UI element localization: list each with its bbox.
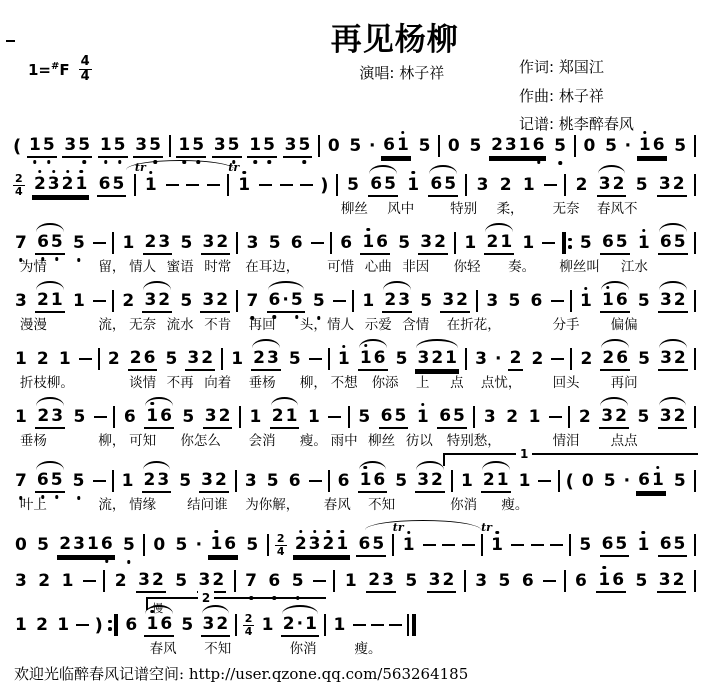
note-group: 1 xyxy=(13,349,29,370)
note-digit: 1 xyxy=(248,135,262,155)
note-group: 15 xyxy=(176,135,206,158)
note-group: 5 xyxy=(506,291,522,312)
note-group: 23 xyxy=(142,470,172,493)
note-digit: 1 xyxy=(499,232,513,252)
note-group: 3 xyxy=(243,471,259,492)
lyric-text: 流水 xyxy=(167,313,194,333)
note-group: 2316 xyxy=(57,534,114,557)
note-group: 2 xyxy=(36,571,52,592)
barline xyxy=(236,290,238,312)
note-digit: 5 xyxy=(148,135,162,155)
lyric-text: 非因 xyxy=(402,255,429,275)
slur-arc xyxy=(429,165,457,174)
barline xyxy=(568,406,570,428)
note-digit: 0 xyxy=(581,471,595,491)
note-digit: 6 xyxy=(652,135,666,155)
barline xyxy=(267,534,269,556)
lyrics-row: 漫漫流，无奈流水不肯再回头，情人示爱含情在折花，分手偏偏 xyxy=(13,313,696,331)
note-row: 24232165tr1tr1)565165321232532 xyxy=(13,172,696,198)
note-row: 321123253276·55123532356116532 xyxy=(13,288,696,314)
note-group: 6 xyxy=(529,291,545,312)
repeat-begin-barline xyxy=(562,232,572,254)
repeat-end-barline xyxy=(108,614,118,636)
note-group: 5 xyxy=(577,535,593,556)
note-group: 6 xyxy=(520,571,536,592)
note-digit: 5 xyxy=(181,407,195,427)
note-digit: 5 xyxy=(227,135,241,155)
note-digit: 3 xyxy=(600,406,614,426)
note-digit: 5 xyxy=(637,291,651,311)
note-digit: 5 xyxy=(113,135,127,155)
note-group: 32 xyxy=(440,290,470,313)
note-row: 12356165321211565165321232532 xyxy=(13,404,696,430)
note-digit: 5 xyxy=(72,471,86,491)
note-digit: 6 xyxy=(124,615,138,635)
lyric-text: 垂杨 xyxy=(20,429,47,449)
note-group: 65 xyxy=(428,174,458,197)
lyric-text: 柔， xyxy=(497,197,524,217)
note-digit: 1 xyxy=(335,534,349,554)
note-group: 32 xyxy=(199,470,229,493)
barline xyxy=(564,570,566,592)
note-digit: 1 xyxy=(579,291,593,311)
music-system-5: 121226532123511653213·22226532折枝柳。谈情不再向着… xyxy=(13,346,696,372)
sustain-dash xyxy=(93,242,106,245)
lyric-text: 风中 xyxy=(387,197,414,217)
note-digit: 5 xyxy=(615,232,629,252)
slur-arc xyxy=(601,339,629,348)
note-digit: 3 xyxy=(659,348,673,368)
note-group: 15 xyxy=(98,135,128,158)
barline xyxy=(98,348,100,370)
sustain-dash xyxy=(550,544,563,547)
lyric-text: 流， xyxy=(98,313,125,333)
note-digit: 3 xyxy=(47,174,61,194)
note-group: 61 xyxy=(636,470,666,493)
note-group: 26 xyxy=(128,348,158,371)
note-group: 5 xyxy=(311,291,327,312)
note-group: 65 xyxy=(437,406,467,429)
barline xyxy=(570,290,572,312)
lyric-text: 柳， xyxy=(300,371,327,391)
note-group: 1 xyxy=(517,471,533,492)
note-digit: 2 xyxy=(673,348,687,368)
sustain-dash xyxy=(543,580,556,583)
note-digit: 6 xyxy=(159,614,173,634)
slur-arc xyxy=(252,339,280,348)
note-group: 2 xyxy=(113,571,129,592)
note-digit: 1 xyxy=(145,406,159,426)
note-group: 21 xyxy=(270,406,300,429)
note-digit: 2 xyxy=(37,571,51,591)
note-group: tr1 xyxy=(143,175,159,196)
note-group: 321 xyxy=(415,348,459,371)
note-digit: 3 xyxy=(659,406,673,426)
note-digit: 1 xyxy=(344,571,358,591)
augmentation-dot: · xyxy=(495,349,501,369)
note-group: 5 xyxy=(634,175,650,196)
lyric-text: 回头 xyxy=(553,371,580,391)
music-system-6: 12356165321211565165321232532垂杨柳，可知你怎么会消… xyxy=(13,404,696,430)
note-digit: 2 xyxy=(114,571,128,591)
note-group: 6·5 xyxy=(267,290,305,313)
note-group: 32 xyxy=(197,570,227,593)
note-digit: 2 xyxy=(383,290,397,310)
note-digit: 5 xyxy=(357,407,371,427)
note-digit: 3 xyxy=(381,570,395,590)
lyric-text: 你消 xyxy=(450,493,477,513)
sustain-dash xyxy=(280,184,293,187)
lyric-text: 为你解， xyxy=(245,493,299,513)
time-signature-top: 2 xyxy=(13,174,25,186)
note-digit: 6 xyxy=(339,233,353,253)
note-group: 1 xyxy=(636,535,652,556)
note-digit: 3 xyxy=(474,349,488,369)
note-group: 5 xyxy=(578,233,594,254)
note-digit: 5 xyxy=(637,349,651,369)
note-digit: 5 xyxy=(165,349,179,369)
note-digit: 2 xyxy=(200,348,214,368)
note-digit: 1 xyxy=(444,348,458,368)
lyric-text: 柳丝 xyxy=(368,429,395,449)
note-group: 32 xyxy=(657,570,687,593)
note-group: 65 xyxy=(600,534,630,557)
note-digit: 2 xyxy=(322,534,336,554)
note-digit: 6 xyxy=(337,471,351,491)
lyrics-row: 折枝柳。谈情不再向着垂杨柳，不想你添上点点忧，回头再问 xyxy=(13,371,696,389)
note-digit: 3 xyxy=(485,291,499,311)
note-group: 32 xyxy=(415,470,445,493)
lyric-text: 瘦。 xyxy=(355,637,382,657)
sustain-dash xyxy=(94,416,107,419)
note-digit: 1 xyxy=(14,615,28,635)
barline xyxy=(454,232,456,254)
note-digit: 6 xyxy=(530,291,544,311)
note-digit: 6 xyxy=(123,407,137,427)
time-signature-bottom: 4 xyxy=(245,626,253,637)
barline xyxy=(564,174,566,196)
lyric-text: 瘦。 xyxy=(300,429,327,449)
note-group: 5 xyxy=(418,291,434,312)
sustain-dash xyxy=(371,624,384,627)
lyric-text: 情缘 xyxy=(129,493,156,513)
augmentation-dot: · xyxy=(281,290,289,310)
note-digit: 1 xyxy=(177,135,191,155)
slur-arc xyxy=(271,397,299,406)
note-digit: 6 xyxy=(268,290,282,310)
note-digit: 5 xyxy=(50,470,64,490)
note-digit: 5 xyxy=(266,471,280,491)
barline xyxy=(694,135,696,157)
barline xyxy=(235,614,237,636)
note-digit: 2 xyxy=(215,614,229,634)
note-group: 5 xyxy=(394,349,410,370)
barline xyxy=(694,232,696,254)
key-signature: 1=#F 4 4 xyxy=(28,56,92,83)
slur-arc xyxy=(369,165,397,174)
note-digit: 6 xyxy=(373,348,387,368)
note-digit: 3 xyxy=(441,290,455,310)
note-digit: 5 xyxy=(348,136,362,156)
lyric-text: 奏。 xyxy=(508,255,535,275)
note-group: 3 xyxy=(245,233,261,254)
note-group: 5 xyxy=(396,233,412,254)
lyric-text: 情人 xyxy=(129,255,156,275)
lyric-text: 向着 xyxy=(204,371,231,391)
note-group: 32 xyxy=(599,406,629,429)
note-digit: 1 xyxy=(638,135,652,155)
note-digit: 1 xyxy=(121,471,135,491)
note-digit: 5 xyxy=(288,349,302,369)
note-digit: 2 xyxy=(499,175,513,195)
note-digit: 2 xyxy=(58,534,72,554)
note-group: 6 xyxy=(122,407,138,428)
note-digit: 1 xyxy=(361,291,375,311)
lyric-text: 柳丝 xyxy=(341,197,368,217)
note-digit: 2 xyxy=(157,290,171,310)
note-group: 6 xyxy=(289,233,305,254)
note-group: 32 xyxy=(418,232,448,255)
note-digit: 5 xyxy=(673,471,687,491)
note-digit: 3 xyxy=(157,232,171,252)
note-group: 21 xyxy=(35,290,65,313)
note-digit: 3 xyxy=(63,135,77,155)
note-digit: 6 xyxy=(267,571,281,591)
note-digit: 3 xyxy=(474,571,488,591)
note-digit: 6 xyxy=(637,470,651,490)
note-digit: 6 xyxy=(357,534,371,554)
note-digit: 2 xyxy=(218,406,232,426)
note-row: 121226532123511653213·22226532 xyxy=(13,346,696,372)
note-group: 2 xyxy=(508,348,524,371)
note-digit: 5 xyxy=(397,233,411,253)
lyric-text: 情人 xyxy=(327,313,354,333)
note-digit: 1 xyxy=(337,349,351,369)
note-digit: 5 xyxy=(579,233,593,253)
note-digit: 5 xyxy=(298,135,312,155)
note-digit: 6 xyxy=(290,233,304,253)
time-signature-inline: 24 xyxy=(243,614,255,637)
sustain-dash xyxy=(79,358,92,361)
note-digit: 5 xyxy=(77,135,91,155)
lyric-text: 留， xyxy=(98,255,125,275)
note-group: 32 xyxy=(136,570,166,593)
lyric-text: 头， xyxy=(300,313,327,333)
note-group: 32 xyxy=(657,174,687,197)
note-digit: 6 xyxy=(615,348,629,368)
note-digit: 2 xyxy=(33,174,47,194)
note-group: 61 xyxy=(381,135,411,158)
note-digit: 1 xyxy=(522,175,536,195)
barline xyxy=(328,470,330,492)
note-digit: 2 xyxy=(530,349,544,369)
note-digit: 0 xyxy=(582,136,596,156)
lyric-text: 分手 xyxy=(553,313,580,333)
note-group: 1 xyxy=(13,407,29,428)
note-digit: 5 xyxy=(73,407,87,427)
note-digit: 6 xyxy=(159,406,173,426)
note-digit: 3 xyxy=(658,174,672,194)
note-group: 2321 xyxy=(32,174,89,197)
sustain-dash xyxy=(313,580,326,583)
music-system-4: 321123253276·55123532356116532漫漫流，无奈流水不肯… xyxy=(13,288,696,314)
note-digit: 5 xyxy=(635,175,649,195)
barline xyxy=(112,232,114,254)
note-digit: 3 xyxy=(213,135,227,155)
barline xyxy=(438,135,440,157)
note-digit: 6 xyxy=(601,232,615,252)
note-group: 5 xyxy=(602,471,618,492)
note-digit: 2 xyxy=(490,135,504,155)
note-digit: 1 xyxy=(248,407,262,427)
note-group: 16 xyxy=(208,534,238,557)
note-digit: 0 xyxy=(14,535,28,555)
sustain-dash xyxy=(511,544,524,547)
note-digit: 5 xyxy=(507,291,521,311)
note-group: 3 xyxy=(13,571,29,592)
note-group: 16 xyxy=(358,470,388,493)
note-digit: 5 xyxy=(636,407,650,427)
note-digit: 5 xyxy=(122,535,136,555)
note-digit: 1 xyxy=(406,175,420,195)
lyric-text: 流， xyxy=(98,493,125,513)
lyric-text: 在耳边， xyxy=(245,255,299,275)
music-system-8: 052316505·16524232165tr1tr1565165 xyxy=(13,532,696,558)
lyric-text: 漫漫 xyxy=(20,313,47,333)
note-digit: 5 xyxy=(394,406,408,426)
note-group: 16 xyxy=(600,290,630,313)
note-group: 32 xyxy=(201,232,231,255)
note-digit: 2 xyxy=(36,290,50,310)
note-digit: 6 xyxy=(611,570,625,590)
note-digit: 5 xyxy=(452,406,466,426)
note-digit: 5 xyxy=(371,534,385,554)
barline xyxy=(574,135,576,157)
sustain-dash xyxy=(389,624,402,627)
performer-credit: 演唱: 林子祥 xyxy=(359,62,444,83)
note-digit: 6 xyxy=(380,406,394,426)
note-digit: 3 xyxy=(246,233,260,253)
note-digit: 1 xyxy=(261,615,275,635)
lyric-text: 不知 xyxy=(368,493,395,513)
note-group: 65 xyxy=(97,174,127,197)
note-digit: 2 xyxy=(430,348,444,368)
note-group: 5 xyxy=(72,407,88,428)
note-digit: 6 xyxy=(438,406,452,426)
note-group: 5 xyxy=(121,535,137,556)
note-digit: 1 xyxy=(237,175,251,195)
note-digit: 2 xyxy=(215,232,229,252)
barline xyxy=(328,348,330,370)
music-system-2: 24232165tr1tr1)565165321232532柳丝风中特别柔，无奈… xyxy=(13,172,696,198)
note-group: 16 xyxy=(144,406,174,429)
note-digit: 6 xyxy=(574,571,588,591)
lyric-text: 不肯 xyxy=(204,313,231,333)
note-group: 65 xyxy=(368,174,398,197)
note-digit: 3 xyxy=(416,470,430,490)
note-group: 32 xyxy=(201,614,231,637)
note-digit: 5 xyxy=(346,175,360,195)
lyric-text: 蜜语 xyxy=(167,255,194,275)
barline xyxy=(694,290,696,312)
note-group: 32 xyxy=(658,290,688,313)
note-row: 76551235323566165321211565165 xyxy=(13,230,696,256)
note-group: 5 xyxy=(356,407,372,428)
note-digit: 7 xyxy=(245,291,259,311)
note-group: 65 xyxy=(600,232,630,255)
note-digit: 3 xyxy=(72,534,86,554)
note-group: 1 xyxy=(360,291,376,312)
note-digit: 2 xyxy=(121,291,135,311)
note-digit: 2 xyxy=(294,534,308,554)
lyric-text: 可知 xyxy=(129,429,156,449)
lyric-text: 点点 xyxy=(611,429,638,449)
composer-credit: 作曲: 林子祥 xyxy=(519,82,634,111)
note-digit: 5 xyxy=(312,291,326,311)
note-digit: 1 xyxy=(463,233,477,253)
note-digit: 1 xyxy=(230,349,244,369)
note-digit: 6 xyxy=(143,348,157,368)
note-digit: 2 xyxy=(36,406,50,426)
lyric-text: 再问 xyxy=(611,371,638,391)
note-digit: 3 xyxy=(202,614,216,634)
note-digit: 6 xyxy=(36,470,50,490)
final-barline xyxy=(407,614,416,636)
note-group: 1 xyxy=(521,175,537,196)
note-digit: 1 xyxy=(285,406,299,426)
note-digit: 1 xyxy=(121,233,135,253)
note-group: 21 xyxy=(484,232,514,255)
note-group: 5 xyxy=(467,136,483,157)
note-group: 32 xyxy=(142,290,172,313)
parenthesis: ) xyxy=(320,175,328,196)
sustain-dash xyxy=(93,300,106,303)
note-group: 2 xyxy=(504,407,520,428)
note-group: 23 xyxy=(366,570,396,593)
note-group: 7 xyxy=(243,571,259,592)
note-group: 6 xyxy=(266,571,282,592)
barline xyxy=(348,406,350,428)
lyrics-row: 为情留，情人蜜语时常在耳边，可惜心曲非因你轻奏。柳丝叫江水 xyxy=(13,255,696,273)
lyric-text: 特别愁， xyxy=(447,429,501,449)
note-group: 32 xyxy=(658,348,688,371)
note-digit: 2 xyxy=(252,348,266,368)
note-digit: 3 xyxy=(50,406,64,426)
note-group: 5 xyxy=(164,349,180,370)
note-digit: 1 xyxy=(14,349,28,369)
note-group: 16 xyxy=(637,135,667,158)
barline xyxy=(465,348,467,370)
note-digit: 1 xyxy=(396,135,410,155)
note-row: 052316505·16524232165tr1tr1565165 xyxy=(13,532,696,558)
note-digit: 1 xyxy=(307,407,321,427)
lyric-text: 特别 xyxy=(450,197,477,217)
note-digit: 5 xyxy=(404,571,418,591)
time-signature-top: 2 xyxy=(243,614,255,626)
barline xyxy=(336,174,338,196)
volta-bracket: 1 xyxy=(443,453,698,466)
sustain-dash xyxy=(166,184,179,187)
note-digit: 6 xyxy=(223,534,237,554)
note-digit: 1 xyxy=(597,570,611,590)
lyric-text: 点 xyxy=(450,371,464,391)
note-digit: 3 xyxy=(659,290,673,310)
note-group: 32 xyxy=(200,290,230,313)
barline xyxy=(169,135,171,157)
note-digit: 1 xyxy=(651,470,665,490)
note-digit: 2 xyxy=(442,570,456,590)
parenthesis: ( xyxy=(13,136,21,157)
